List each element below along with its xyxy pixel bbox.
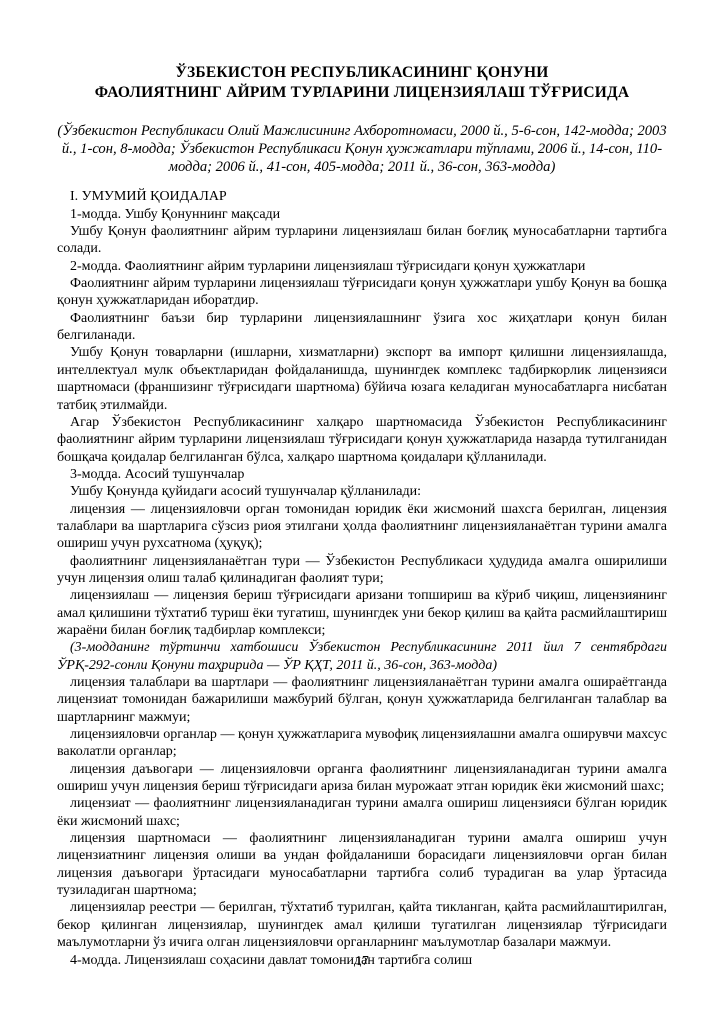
definition-paragraph: лицензиялар реестри — берилган, тўхтатиб…: [57, 899, 667, 951]
definition-paragraph: лицензия талаблари ва шартлари — фаолият…: [57, 674, 667, 726]
paragraph: Фаолиятнинг айрим турларини лицензиялаш …: [57, 275, 667, 310]
paragraph: Фаолиятнинг баъзи бир турларини лицензия…: [57, 310, 667, 345]
document-title: ЎЗБЕКИСТОН РЕСПУБЛИКАСИНИНГ ҚОНУНИ ФАОЛИ…: [57, 63, 667, 102]
page-number: 17: [0, 953, 724, 969]
amendment-note: (3-модданинг тўртинчи хатбошиси Ўзбекист…: [57, 639, 667, 674]
definition-paragraph: лицензия даъвогари — лицензияловчи орган…: [57, 761, 667, 796]
document-title-line-1: ЎЗБЕКИСТОН РЕСПУБЛИКАСИНИНГ ҚОНУНИ: [175, 64, 548, 81]
source-citation: (Ўзбекистон Республикаси Олий Мажлисинин…: [57, 123, 667, 176]
article-heading: 3-модда. Асосий тушунчалар: [57, 466, 667, 483]
paragraph: Ушбу Қонун фаолиятнинг айрим турларини л…: [57, 223, 667, 258]
document-body: I. УМУМИЙ ҚОИДАЛАР 1-модда. Ушбу Қонунни…: [57, 188, 667, 968]
paragraph: Агар Ўзбекистон Республикасининг халқаро…: [57, 414, 667, 466]
document-page: ЎЗБЕКИСТОН РЕСПУБЛИКАСИНИНГ ҚОНУНИ ФАОЛИ…: [0, 0, 724, 1024]
article-heading: 1-модда. Ушбу Қонуннинг мақсади: [57, 206, 667, 223]
definition-paragraph: фаолиятнинг лицензияланаётган тури — Ўзб…: [57, 553, 667, 588]
article-heading: 2-модда. Фаолиятнинг айрим турларини лиц…: [57, 258, 667, 275]
definition-paragraph: лицензия — лицензияловчи орган томонидан…: [57, 501, 667, 553]
paragraph: Ушбу Қонунда қуйидаги асосий тушунчалар …: [57, 483, 667, 500]
definition-paragraph: лицензияловчи органлар — қонун ҳужжатлар…: [57, 726, 667, 761]
definition-paragraph: лицензия шартномаси — фаолиятнинг лиценз…: [57, 830, 667, 899]
document-title-line-2: ФАОЛИЯТНИНГ АЙРИМ ТУРЛАРИНИ ЛИЦЕНЗИЯЛАШ …: [95, 84, 630, 101]
definition-paragraph: лицензиялаш — лицензия бериш тўғрисидаги…: [57, 587, 667, 639]
paragraph: Ушбу Қонун товарларни (ишларни, хизматла…: [57, 344, 667, 413]
section-heading: I. УМУМИЙ ҚОИДАЛАР: [57, 188, 667, 205]
definition-paragraph: лицензиат — фаолиятнинг лицензияланадига…: [57, 795, 667, 830]
